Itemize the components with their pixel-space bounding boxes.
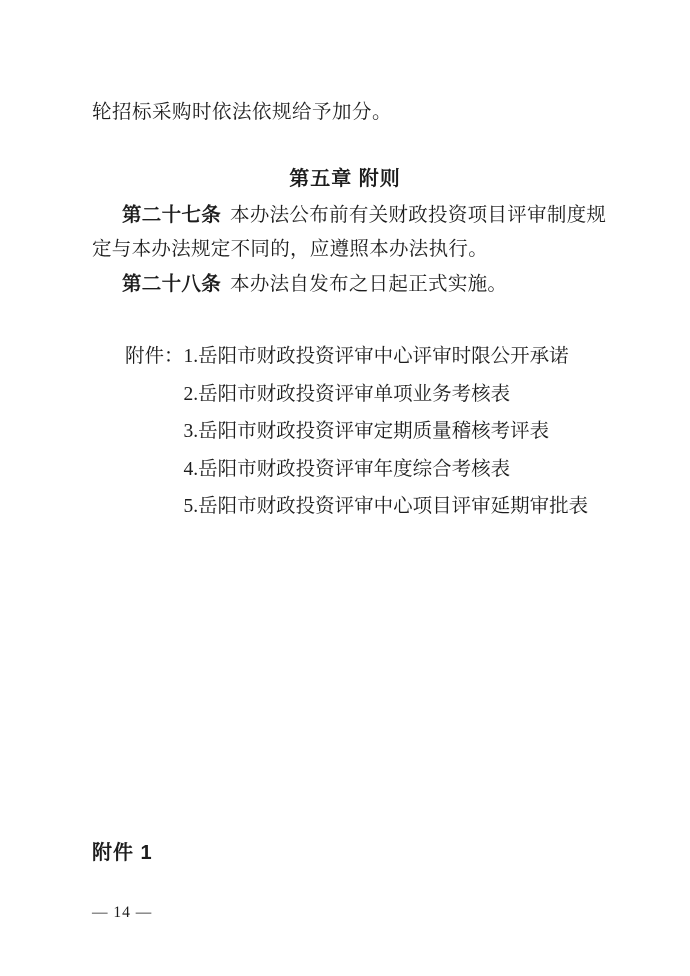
attachments-block: 附件： 1.岳阳市财政投资评审中心评审时限公开承诺 2.岳阳市财政投资评审单项业…	[125, 338, 588, 526]
attachment-item: 2.岳阳市财政投资评审单项业务考核表	[184, 376, 589, 414]
article-28-text: 本办法自发布之日起正式实施。	[230, 274, 507, 295]
intro-paragraph-line: 轮招标采购时依法依规给予加分。	[92, 95, 392, 130]
attachments-label: 附件：	[125, 338, 184, 376]
article-28-term: 第二十八条	[122, 273, 221, 295]
articles-block: 第二十七条本办法公布前有关财政投资项目评审制度规 定与本办法规定不同的，应遵照本…	[92, 198, 617, 302]
attachments-list: 1.岳阳市财政投资评审中心评审时限公开承诺 2.岳阳市财政投资评审单项业务考核表…	[184, 338, 589, 526]
attachment-item: 3.岳阳市财政投资评审定期质量稽核考评表	[184, 413, 589, 451]
page-number: — 14 —	[92, 902, 152, 924]
article-27-line1-text: 本办法公布前有关财政投资项目评审制度规	[230, 205, 606, 226]
article-28-line: 第二十八条本办法自发布之日起正式实施。	[92, 267, 617, 302]
chapter-heading: 第五章 附则	[0, 162, 690, 197]
article-27-line2: 定与本办法规定不同的，应遵照本办法执行。	[92, 233, 617, 267]
article-27-term: 第二十七条	[122, 204, 221, 226]
document-page: 轮招标采购时依法依规给予加分。 第五章 附则 第二十七条本办法公布前有关财政投资…	[0, 0, 690, 976]
attachment-item: 4.岳阳市财政投资评审年度综合考核表	[184, 451, 589, 489]
attachment-item: 1.岳阳市财政投资评审中心评审时限公开承诺	[184, 338, 589, 376]
article-27-line1: 第二十七条本办法公布前有关财政投资项目评审制度规	[92, 198, 617, 233]
appendix-1-label: 附件 1	[92, 838, 153, 868]
attachment-item: 5.岳阳市财政投资评审中心项目评审延期审批表	[184, 488, 589, 526]
